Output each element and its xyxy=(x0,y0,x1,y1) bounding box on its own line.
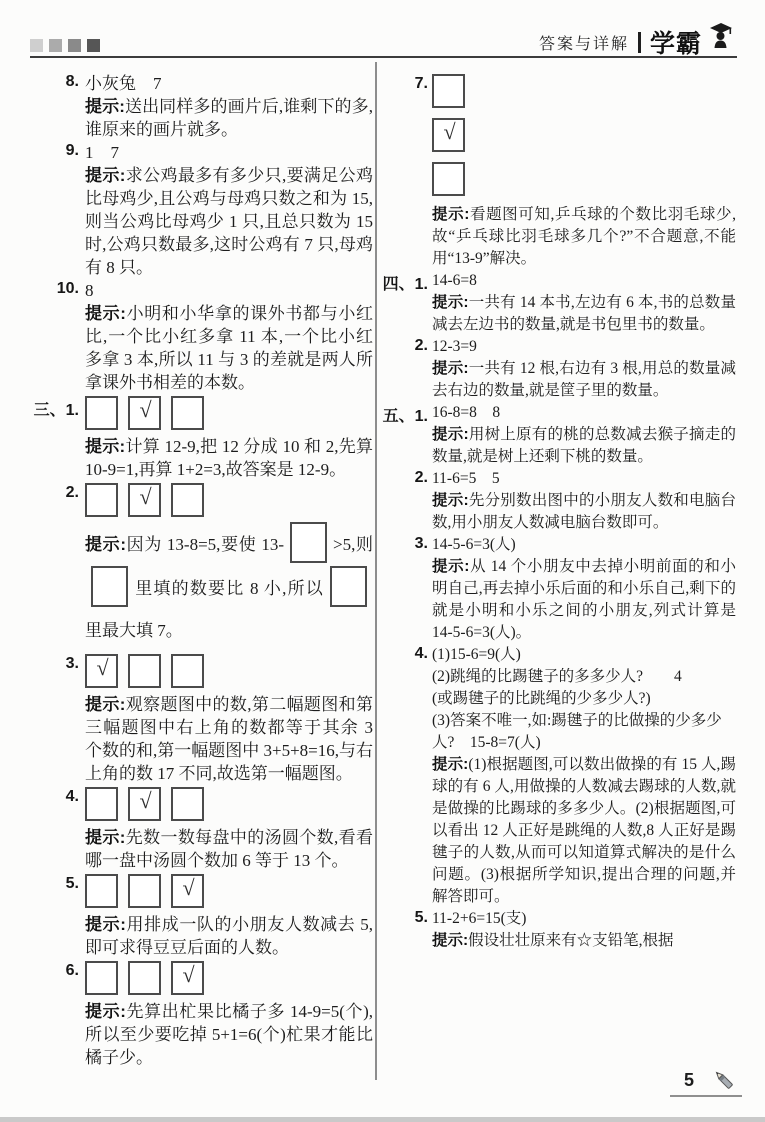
answer-text: 14-6=8 xyxy=(432,270,736,292)
item-number: 3. xyxy=(415,535,428,553)
hint-text: 提示:求公鸡最多有多少只,要满足公鸡比母鸡少,且公鸡与母鸡只数之和为 15,则当… xyxy=(85,164,373,279)
answer-item-s5-2: 2. 11-6=5 5 提示:先分别数出图中的小朋友人数和电脑台数,用小朋友人数… xyxy=(384,468,736,534)
checkbox-row: √ xyxy=(85,483,373,517)
page-footer: 5 xyxy=(668,1068,752,1102)
hint-label: 提示: xyxy=(432,932,468,949)
page-number-underline xyxy=(670,1095,742,1097)
item-number: 4. xyxy=(415,645,428,663)
answer-checkbox-checked: √ xyxy=(128,483,161,517)
answer-item-s3-2: 2. √ 提示:因为 13-8=5,要使 13->5,则里填的数要比 8 小,所… xyxy=(33,483,373,652)
hint-label: 提示: xyxy=(85,97,125,116)
hint-text: 提示:先算出杧果比橘子多 14-9=5(个),所以至少要吃掉 5+1=6(个)杧… xyxy=(85,1000,373,1069)
answer-checkbox xyxy=(85,961,118,995)
hint-label: 提示: xyxy=(432,206,469,223)
right-column: 7. √ 提示:看题图可知,乒乓球的个数比羽毛球少,故“乒乓球比羽毛球多几个?”… xyxy=(384,72,736,952)
answer-checkbox-checked: √ xyxy=(171,961,204,995)
answer-item-s3-3: 3. √ 提示:观察题图中的数,第二幅题图和第三幅题图中右上角的数都等于其余 3… xyxy=(33,654,373,785)
answer-checkbox-checked: √ xyxy=(128,396,161,430)
page-title: 答案与详解 xyxy=(539,31,629,54)
blank-square xyxy=(330,566,367,607)
answer-text: 小灰兔 7 xyxy=(85,72,373,95)
answer-checkbox xyxy=(171,787,204,821)
answer-checkbox xyxy=(85,483,118,517)
corner-square xyxy=(87,39,100,52)
answer-checkbox-checked: √ xyxy=(171,874,204,908)
answer-item-s5-4: 4. (1)15-6=9(人) (2)跳绳的比踢毽子的多多少人? 4 (或踢毽子… xyxy=(384,644,736,908)
hint-text: 提示:计算 12-9,把 12 分成 10 和 2,先算 10-9=1,再算 1… xyxy=(85,435,373,481)
answer-checkbox xyxy=(432,162,465,196)
answer-checkbox xyxy=(171,654,204,688)
hint-label: 提示: xyxy=(85,915,126,934)
answer-checkbox-checked: √ xyxy=(128,787,161,821)
title-separator xyxy=(638,32,641,53)
item-number: 10. xyxy=(57,280,79,298)
answer-checkbox xyxy=(128,654,161,688)
checkbox-row: √ xyxy=(85,874,373,908)
answer-text: 11-6=5 5 xyxy=(432,468,736,490)
corner-square xyxy=(30,39,43,52)
bottom-scan-edge xyxy=(0,1117,765,1122)
section-item-number: 五、1. xyxy=(383,403,428,426)
hint-label: 提示: xyxy=(85,828,125,847)
answer-line-4: (3)答案不唯一,如:踢毽子的比做操的少多少人? 15-8=7(人) xyxy=(432,710,736,754)
answer-checkbox xyxy=(171,483,204,517)
checkbox-row: √ xyxy=(85,654,373,688)
hint-label: 提示: xyxy=(432,294,469,311)
left-column: 8. 小灰兔 7 提示:送出同样多的画片后,谁剩下的多,谁原来的画片就多。 9.… xyxy=(33,72,373,1069)
hint-text: 提示:一共有 12 根,右边有 3 根,用总的数量减去右边的数量,就是筐子里的数… xyxy=(432,358,736,402)
hint-text: 提示:假设壮壮原来有☆支铅笔,根据 xyxy=(432,930,736,952)
answer-text: 16-8=8 8 xyxy=(432,402,736,424)
answer-text: 8 xyxy=(85,279,373,302)
answer-text: 14-5-6=3(人) xyxy=(432,534,736,556)
hint-label: 提示: xyxy=(85,695,125,714)
item-number: 2. xyxy=(415,337,428,355)
masthead: 答案与详解 学霸 xyxy=(539,24,733,60)
corner-square xyxy=(68,39,81,52)
answer-checkbox xyxy=(171,396,204,430)
answer-item-7: 7. √ 提示:看题图可知,乒乓球的个数比羽毛球少,故“乒乓球比羽毛球多几个?”… xyxy=(384,74,736,270)
brand-logo: 学霸 xyxy=(650,24,702,60)
answer-item-s3-4: 4. √ 提示:先数一数每盘中的汤圆个数,看看哪一盘中汤圆个数加 6 等于 13… xyxy=(33,787,373,872)
blank-square xyxy=(290,522,327,563)
hint-text: 提示:一共有 14 本书,左边有 6 本,书的总数量减去左边书的数量,就是书包里… xyxy=(432,292,736,336)
hint-label: 提示: xyxy=(432,756,468,773)
answer-checkbox xyxy=(85,787,118,821)
hint-label: 提示: xyxy=(85,535,126,554)
graduate-mascot-icon xyxy=(709,21,733,54)
item-number: 5. xyxy=(66,875,79,893)
answer-checkbox xyxy=(432,74,465,108)
hint-label: 提示: xyxy=(85,1002,126,1021)
item-number: 5. xyxy=(415,909,428,927)
section-item-number: 四、1. xyxy=(383,271,428,294)
answer-text: 12-3=9 xyxy=(432,336,736,358)
item-number: 6. xyxy=(66,962,79,980)
answer-line-2: (2)跳绳的比踢毽子的多多少人? 4 xyxy=(432,666,736,688)
hint-label: 提示: xyxy=(85,166,125,185)
hint-text: 提示:观察题图中的数,第二幅题图和第三幅题图中右上角的数都等于其余 3 个数的和… xyxy=(85,693,373,785)
answer-line-3: (或踢毽子的比跳绳的少多少人?) xyxy=(432,688,736,710)
answer-item-s3-5: 5. √ 提示:用排成一队的小朋友人数减去 5,即可求得豆豆后面的人数。 xyxy=(33,874,373,959)
answer-checkbox xyxy=(85,396,118,430)
answer-item-s3-1: 三、1. √ 提示:计算 12-9,把 12 分成 10 和 2,先算 10-9… xyxy=(33,396,373,481)
item-number: 3. xyxy=(66,655,79,673)
answer-line-1: (1)15-6=9(人) xyxy=(432,644,736,666)
answer-item-8: 8. 小灰兔 7 提示:送出同样多的画片后,谁剩下的多,谁原来的画片就多。 xyxy=(33,72,373,141)
page-number: 5 xyxy=(684,1070,694,1091)
hint-label: 提示: xyxy=(85,437,125,456)
answer-item-s5-1: 五、1. 16-8=8 8 提示:用树上原有的桃的总数减去猴子摘走的数量,就是树… xyxy=(384,402,736,468)
hint-text: 提示:看题图可知,乒乓球的个数比羽毛球少,故“乒乓球比羽毛球多几个?”不合题意,… xyxy=(432,204,736,270)
checkbox-column: √ xyxy=(432,74,736,196)
hint-text: 提示:(1)根据题图,可以数出做操的有 15 人,踢球的有 6 人,用做操的人数… xyxy=(432,754,736,908)
answer-checkbox xyxy=(85,874,118,908)
checkbox-row: √ xyxy=(85,961,373,995)
hint-label: 提示: xyxy=(432,360,469,377)
hint-label: 提示: xyxy=(432,558,469,575)
column-divider xyxy=(375,62,377,1080)
hint-label: 提示: xyxy=(85,304,126,323)
item-number: 7. xyxy=(415,75,428,93)
blank-square xyxy=(91,566,128,607)
answer-checkbox xyxy=(128,874,161,908)
hint-text: 提示:先数一数每盘中的汤圆个数,看看哪一盘中汤圆个数加 6 等于 13 个。 xyxy=(85,826,373,872)
item-number: 8. xyxy=(66,73,79,91)
hint-text-with-blanks: 提示:因为 13-8=5,要使 13->5,则里填的数要比 8 小,所以里最大填… xyxy=(85,522,373,652)
checkbox-row: √ xyxy=(85,787,373,821)
hint-label: 提示: xyxy=(432,492,469,509)
answer-item-s3-6: 6. √ 提示:先算出杧果比橘子多 14-9=5(个),所以至少要吃掉 5+1=… xyxy=(33,961,373,1069)
checkbox-row: √ xyxy=(85,396,373,430)
item-number: 2. xyxy=(66,484,79,502)
answer-text: 1 7 xyxy=(85,141,373,164)
hint-label: 提示: xyxy=(432,426,469,443)
answer-item-s4-2: 2. 12-3=9 提示:一共有 12 根,右边有 3 根,用总的数量减去右边的… xyxy=(384,336,736,402)
answer-item-s5-3: 3. 14-5-6=3(人) 提示:从 14 个小朋友中去掉小明前面的和小明自己… xyxy=(384,534,736,644)
hint-text: 提示:送出同样多的画片后,谁剩下的多,谁原来的画片就多。 xyxy=(85,95,373,141)
item-number: 2. xyxy=(415,469,428,487)
answer-checkbox-checked: √ xyxy=(432,118,465,152)
answer-item-10: 10. 8 提示:小明和小华拿的课外书都与小红比,一个比小红多拿 11 本,一个… xyxy=(33,279,373,394)
answer-checkbox-checked: √ xyxy=(85,654,118,688)
hint-text: 提示:从 14 个小朋友中去掉小明前面的和小明自己,再去掉小乐后面的和小乐自己,… xyxy=(432,556,736,644)
answer-item-9: 9. 1 7 提示:求公鸡最多有多少只,要满足公鸡比母鸡少,且公鸡与母鸡只数之和… xyxy=(33,141,373,279)
section-item-number: 三、1. xyxy=(34,397,79,420)
item-number: 4. xyxy=(66,788,79,806)
answer-item-s5-5: 5. 11-2+6=15(支) 提示:假设壮壮原来有☆支铅笔,根据 xyxy=(384,908,736,952)
corner-squares xyxy=(30,39,100,52)
hint-text: 提示:先分别数出图中的小朋友人数和电脑台数,用小朋友人数减电脑台数即可。 xyxy=(432,490,736,534)
answer-text: 11-2+6=15(支) xyxy=(432,908,736,930)
hint-text: 提示:用排成一队的小朋友人数减去 5,即可求得豆豆后面的人数。 xyxy=(85,913,373,959)
answer-item-s4-1: 四、1. 14-6=8 提示:一共有 14 本书,左边有 6 本,书的总数量减去… xyxy=(384,270,736,336)
hint-text: 提示:小明和小华拿的课外书都与小红比,一个比小红多拿 11 本,一个比小红多拿 … xyxy=(85,302,373,394)
answer-checkbox xyxy=(128,961,161,995)
hint-text: 提示:用树上原有的桃的总数减去猴子摘走的数量,就是树上还剩下桃的数量。 xyxy=(432,424,736,468)
item-number: 9. xyxy=(66,142,79,160)
corner-square xyxy=(49,39,62,52)
